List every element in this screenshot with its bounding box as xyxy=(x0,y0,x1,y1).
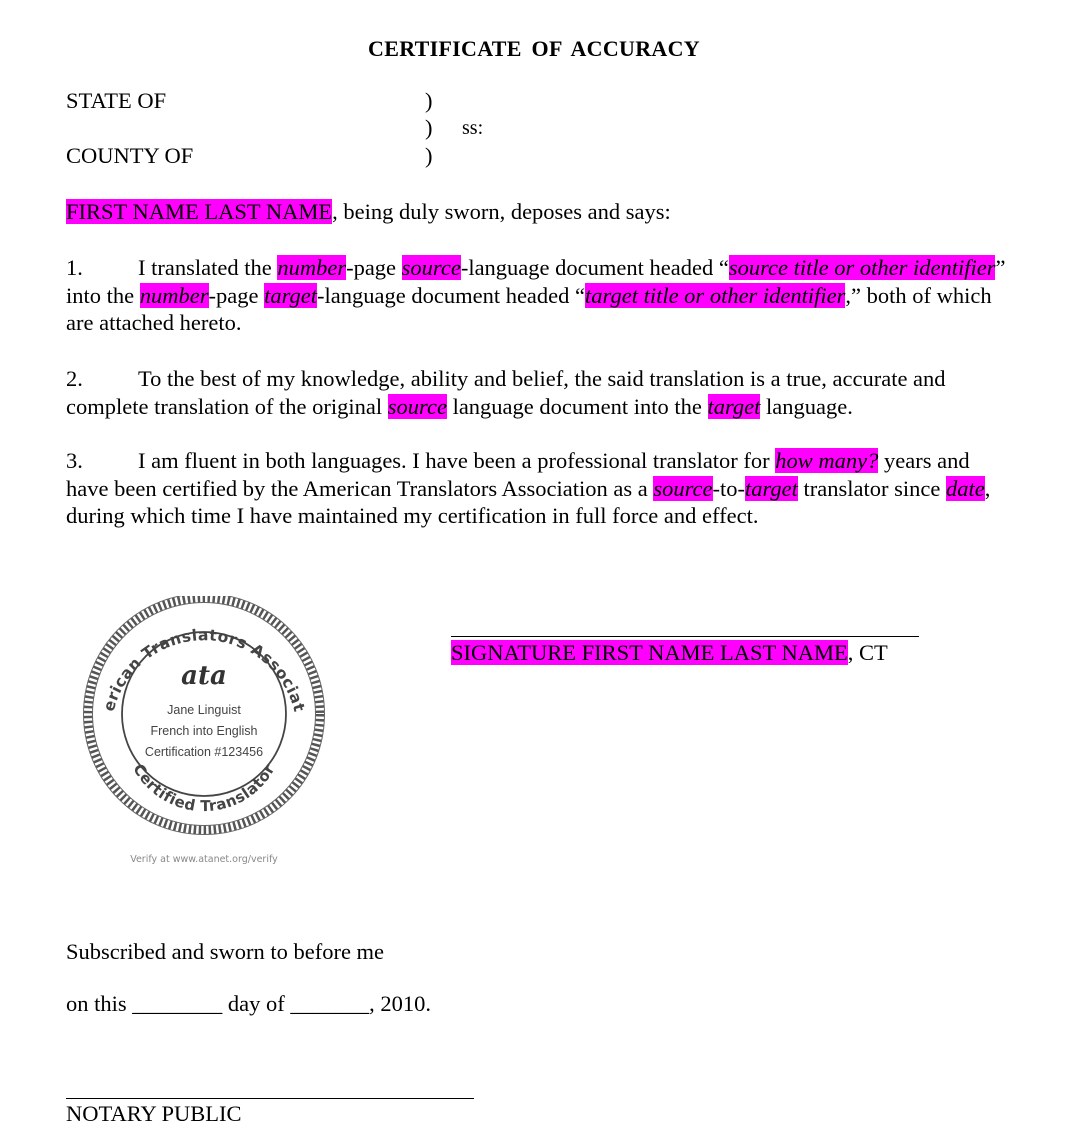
document-title: CERTIFICATE OF ACCURACY xyxy=(0,36,1068,62)
signature-name-placeholder[interactable]: SIGNATURE FIRST NAME LAST NAME xyxy=(451,640,848,665)
seal-verify-text: Verify at www.atanet.org/verify xyxy=(130,854,278,865)
target-placeholder[interactable]: target xyxy=(708,394,761,419)
paragraph-3: 3.I am fluent in both languages. I have … xyxy=(66,447,1011,530)
target-placeholder[interactable]: target xyxy=(264,283,317,308)
notary-date-line[interactable]: on this ________ day of _______, 2010. xyxy=(66,991,431,1017)
text: translator since xyxy=(798,476,946,501)
paragraph-number: 2. xyxy=(66,365,138,393)
number-placeholder[interactable]: number xyxy=(140,283,209,308)
text: I am fluent in both languages. I have be… xyxy=(138,448,775,473)
notary-signature-line xyxy=(66,1098,474,1099)
svg-text:Certified Translator: Certified Translator xyxy=(129,761,278,815)
seal-holder-name: Jane Linguist xyxy=(167,703,241,717)
subscribed-text: Subscribed and sworn to before me xyxy=(66,939,384,965)
deponent-name-placeholder[interactable]: FIRST NAME LAST NAME xyxy=(66,199,332,224)
source-placeholder[interactable]: source xyxy=(388,394,447,419)
notary-public-label: NOTARY PUBLIC xyxy=(66,1101,242,1127)
number-placeholder[interactable]: number xyxy=(277,255,346,280)
ata-logo: ata xyxy=(181,661,227,691)
text: -to- xyxy=(713,476,746,501)
target-title-placeholder[interactable]: target title or other identifier xyxy=(585,283,845,308)
ata-certification-seal: American Translators Association Certifi… xyxy=(76,596,332,872)
source-placeholder[interactable]: source xyxy=(653,476,712,501)
signature-line xyxy=(451,636,919,637)
ss-label: ss: xyxy=(462,117,483,140)
intro-text: , being duly sworn, deposes and says: xyxy=(332,199,671,224)
paragraph-number: 1. xyxy=(66,254,138,282)
intro-line: FIRST NAME LAST NAME, being duly sworn, … xyxy=(66,198,1011,226)
signature-suffix: , CT xyxy=(848,640,888,665)
paragraph-number: 3. xyxy=(66,447,138,475)
state-label: STATE OF xyxy=(66,88,166,114)
text: -language document headed “ xyxy=(461,255,729,280)
venue-paren-1: ) xyxy=(425,88,433,114)
text: -page xyxy=(209,283,265,308)
date-placeholder[interactable]: date xyxy=(946,476,985,501)
years-placeholder[interactable]: how many? xyxy=(775,448,878,473)
county-label: COUNTY OF xyxy=(66,143,193,169)
text: -language document headed “ xyxy=(317,283,585,308)
paragraph-1: 1.I translated the number-page source-la… xyxy=(66,254,1011,337)
seal-top-text: American Translators Association xyxy=(76,596,308,714)
paragraph-2: 2.To the best of my knowledge, ability a… xyxy=(66,365,1011,420)
seal-language-pair: French into English xyxy=(150,724,257,738)
text: -page xyxy=(346,255,402,280)
svg-text:American Translators Associati: American Translators Association xyxy=(76,596,308,714)
target-placeholder[interactable]: target xyxy=(745,476,798,501)
source-placeholder[interactable]: source xyxy=(402,255,461,280)
text: language document into the xyxy=(447,394,708,419)
signature-block: SIGNATURE FIRST NAME LAST NAME, CT xyxy=(451,640,888,666)
seal-certification-number: Certification #123456 xyxy=(145,745,263,759)
venue-paren-2: ) xyxy=(425,115,433,141)
seal-bottom-text: Certified Translator xyxy=(129,761,278,815)
text: language. xyxy=(760,394,852,419)
venue-paren-3: ) xyxy=(425,143,433,169)
text: I translated the xyxy=(138,255,277,280)
source-title-placeholder[interactable]: source title or other identifier xyxy=(729,255,996,280)
